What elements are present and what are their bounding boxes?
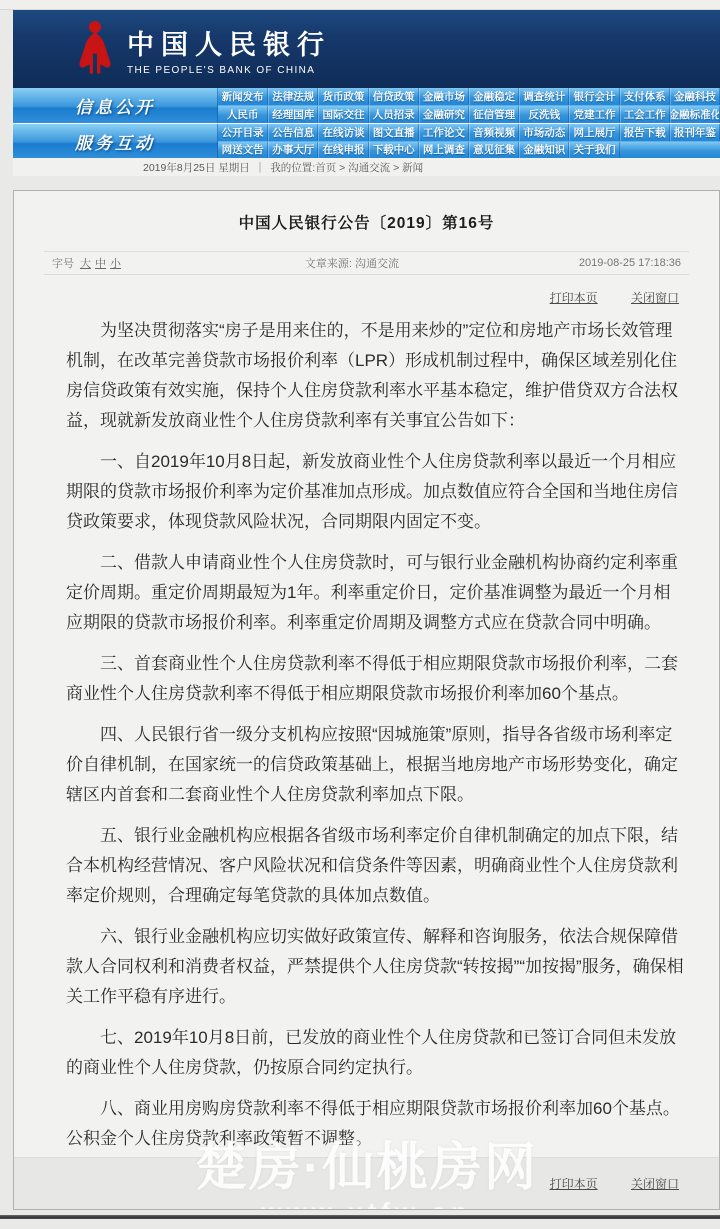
nav-item-货币政策[interactable]: 货币政策 [318,88,368,105]
article-body: 为坚决贯彻落实“房子是用来住的，不是用来炒的”定位和房地产市场长效管理机制，在改… [14,306,719,1154]
font-size-option-大[interactable]: 大 [80,258,91,270]
nav-item-金融市场[interactable]: 金融市场 [419,88,469,105]
page-container: 中国人民银行 THE PEOPLE'S BANK OF CHINA 信息公开 新… [13,10,720,1210]
nav-item-音频视频[interactable]: 音频视频 [469,124,519,141]
breadcrumb-separator: ｜ [255,160,266,175]
main-nav: 信息公开 新闻发布法律法规货币政策信贷政策金融市场金融稳定调查统计银行会计支付体… [13,88,720,158]
nav-item-金融科技[interactable]: 金融科技 [670,88,720,105]
bank-name-cn: 中国人民银行 [127,23,331,62]
article-paragraph: 八、商业用房购房贷款利率不得低于相应期限贷款市场报价利率加60个基点。公积金个人… [66,1094,687,1154]
article-meta-row: 字号 大中小 文章来源: 沟通交流 2019-08-25 17:18:36 [44,251,689,275]
font-size-controls: 字号 大中小 [52,255,125,271]
nav-row: 新闻发布法律法规货币政策信贷政策金融市场金融稳定调查统计银行会计支付体系金融科技 [218,88,720,105]
nav-row: 网送文告办事大厅在线申报下载中心网上调查意见征集金融知识关于我们 [218,141,720,159]
nav-rows: 公开目录公告信息在线访谈图文直播工作论文音频视频市场动态网上展厅报告下载报刊年鉴… [218,124,720,158]
pboc-emblem-icon [77,20,113,79]
article-timestamp: 2019-08-25 17:18:36 [579,257,681,269]
breadcrumb: 2019年8月25日 星期日 ｜ 我的位置:首页 > 沟通交流 > 新闻 [13,158,720,176]
bank-names: 中国人民银行 THE PEOPLE'S BANK OF CHINA [127,23,331,76]
close-window-link[interactable]: 关闭窗口 [631,1177,679,1191]
nav-item-金融知识[interactable]: 金融知识 [519,142,569,159]
nav-section-info-disclosure: 信息公开 新闻发布法律法规货币政策信贷政策金融市场金融稳定调查统计银行会计支付体… [13,88,720,123]
article-paragraph: 三、首套商业性个人住房贷款利率不得低于相应期限贷款市场报价利率，二套商业性个人住… [66,649,687,709]
nav-item-公开目录[interactable]: 公开目录 [218,124,268,141]
article-source: 文章来源: 沟通交流 [125,255,579,271]
close-window-link[interactable]: 关闭窗口 [631,291,679,305]
nav-item-网上调查[interactable]: 网上调查 [419,142,469,159]
nav-item-信贷政策[interactable]: 信贷政策 [369,88,419,105]
article-footer: 打印本页 关闭窗口 [14,1157,719,1209]
breadcrumb-location[interactable]: 我的位置:首页 > 沟通交流 > 新闻 [270,160,423,175]
nav-item-金融稳定[interactable]: 金融稳定 [469,88,519,105]
font-size-option-小[interactable]: 小 [110,258,121,270]
article-paragraph: 二、借款人申请商业性个人住房贷款时，可与银行业金融机构协商约定利率重定价周期。重… [66,548,687,638]
nav-item-调查统计[interactable]: 调查统计 [519,88,569,105]
nav-item-网上展厅[interactable]: 网上展厅 [569,124,619,141]
print-page-link[interactable]: 打印本页 [550,291,598,305]
nav-item-在线访谈[interactable]: 在线访谈 [318,124,368,141]
top-strip [0,0,720,10]
nav-item-在线申报[interactable]: 在线申报 [318,142,368,159]
nav-row: 公开目录公告信息在线访谈图文直播工作论文音频视频市场动态网上展厅报告下载报刊年鉴 [218,124,720,141]
site-logo-link[interactable]: 中国人民银行 THE PEOPLE'S BANK OF CHINA [77,20,331,79]
nav-item-人民币[interactable]: 人民币 [218,106,268,123]
nav-item-网送文告[interactable]: 网送文告 [218,142,268,159]
nav-item-支付体系[interactable]: 支付体系 [620,88,670,105]
nav-row: 人民币经理国库国际交往人员招录金融研究征信管理反洗钱党建工作工会工作金融标准化 [218,105,720,123]
nav-item-关于我们[interactable]: 关于我们 [569,142,619,159]
tab-info-disclosure[interactable]: 信息公开 [13,88,218,123]
article-paragraph: 为坚决贯彻落实“房子是用来住的，不是用来炒的”定位和房地产市场长效管理机制，在改… [66,316,687,436]
nav-item-报告下载[interactable]: 报告下载 [620,124,670,141]
article-paragraph: 六、银行业金融机构应切实做好政策宣传、解释和咨询服务，依法合规保障借款人合同权利… [66,922,687,1012]
nav-item-下载中心[interactable]: 下载中心 [369,142,419,159]
bank-name-en: THE PEOPLE'S BANK OF CHINA [127,65,331,76]
nav-item-国际交往[interactable]: 国际交往 [318,106,368,123]
nav-item-人员招录[interactable]: 人员招录 [369,106,419,123]
article-actions-top: 打印本页 关闭窗口 [54,289,679,306]
nav-item-公告信息[interactable]: 公告信息 [268,124,318,141]
article-paragraph: 四、人民银行省一级分支机构应按照“因城施策”原则，指导各省级市场利率定价自律机制… [66,720,687,810]
article-paragraph: 五、银行业金融机构应根据各省级市场利率定价自律机制确定的加点下限，结合本机构经营… [66,821,687,911]
nav-item-意见征集[interactable]: 意见征集 [469,142,519,159]
nav-item-征信管理[interactable]: 征信管理 [469,106,519,123]
font-size-label: 字号 [52,255,74,271]
nav-item-金融研究[interactable]: 金融研究 [419,106,469,123]
article-paragraph: 七、2019年10月8日前，已发放的商业性个人住房贷款和已签订合同但未发放的商业… [66,1023,687,1083]
nav-item-反洗钱[interactable]: 反洗钱 [519,106,569,123]
nav-item-工会工作[interactable]: 工会工作 [620,106,670,123]
tab-service-interaction[interactable]: 服务互动 [13,124,218,158]
article-paragraph: 一、自2019年10月8日起，新发放商业性个人住房贷款利率以最近一个月相应期限的… [66,447,687,537]
nav-item-经理国库[interactable]: 经理国库 [268,106,318,123]
nav-item-图文直播[interactable]: 图文直播 [369,124,419,141]
nav-item-金融标准化[interactable]: 金融标准化 [670,106,720,123]
nav-item-报刊年鉴[interactable]: 报刊年鉴 [670,124,720,141]
breadcrumb-date: 2019年8月25日 星期日 [143,160,250,175]
nav-section-service-interaction: 服务互动 公开目录公告信息在线访谈图文直播工作论文音频视频市场动态网上展厅报告下… [13,123,720,158]
nav-item-新闻发布[interactable]: 新闻发布 [218,88,268,105]
article-box: 中国人民银行公告〔2019〕第16号 字号 大中小 文章来源: 沟通交流 201… [13,190,720,1210]
print-page-link[interactable]: 打印本页 [550,1177,598,1191]
nav-item-办事大厅[interactable]: 办事大厅 [268,142,318,159]
nav-item-工作论文[interactable]: 工作论文 [419,124,469,141]
nav-item-党建工作[interactable]: 党建工作 [569,106,619,123]
nav-item-法律法规[interactable]: 法律法规 [268,88,318,105]
nav-item-银行会计[interactable]: 银行会计 [569,88,619,105]
site-header: 中国人民银行 THE PEOPLE'S BANK OF CHINA [13,10,720,88]
font-size-options: 大中小 [80,255,125,271]
nav-rows: 新闻发布法律法规货币政策信贷政策金融市场金融稳定调查统计银行会计支付体系金融科技… [218,88,720,123]
nav-item-市场动态[interactable]: 市场动态 [519,124,569,141]
article-actions-bottom: 打印本页 关闭窗口 [54,1175,679,1192]
font-size-option-中[interactable]: 中 [95,258,106,270]
page-title: 中国人民银行公告〔2019〕第16号 [14,211,719,233]
bottom-divider [0,1215,720,1219]
